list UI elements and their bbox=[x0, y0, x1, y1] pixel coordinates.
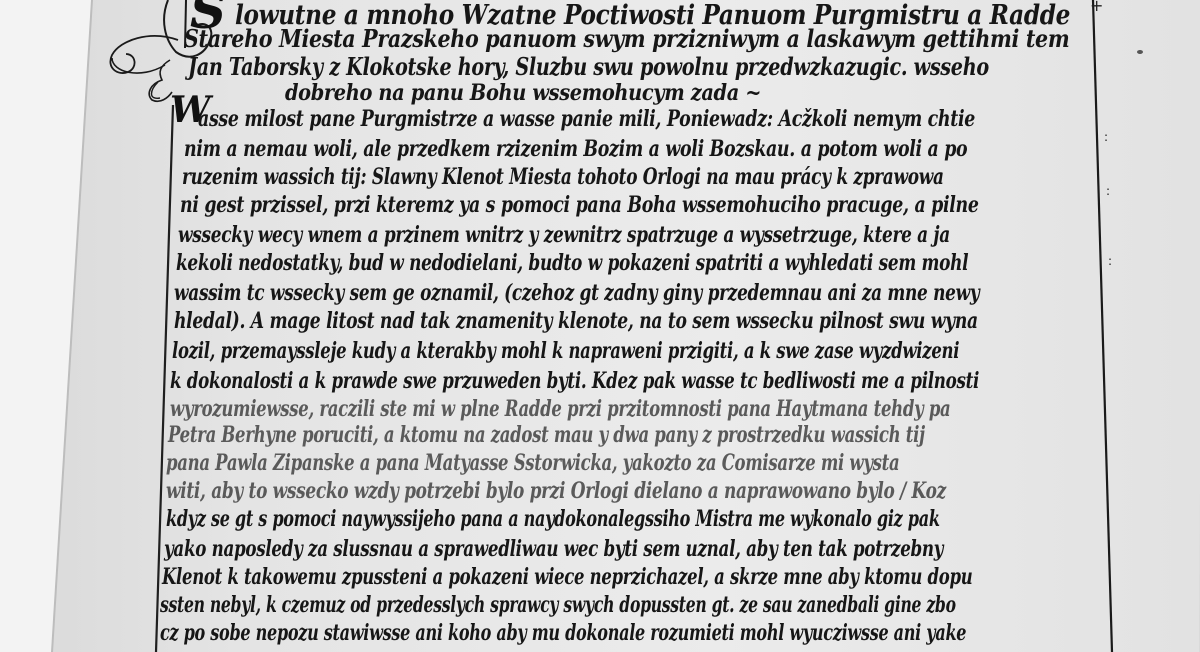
text-line-7: ruzenim wassich tij: Slawny Klenot Miest… bbox=[182, 164, 944, 190]
text-line-15: wyrozumiewsse, raczili ste mi w plne Rad… bbox=[170, 396, 950, 422]
text-line-13: lozil, przemayssleje kudy a kterakby moh… bbox=[172, 338, 959, 364]
text-line-5: asse milost pane Purgmistrze a wasse pan… bbox=[198, 106, 975, 132]
text-line-19: kdyz se gt s pomoci naywyssijeho pana a … bbox=[166, 506, 940, 532]
text-line-6: nim a nemau woli, ale przedkem rzizenim … bbox=[184, 136, 967, 162]
margin-colon-mark: : bbox=[1106, 184, 1110, 198]
margin-colon-mark: : bbox=[1104, 130, 1108, 144]
text-line-23: cz po sobe nepozu stawiwsse ani koho aby… bbox=[160, 620, 966, 646]
text-line-16: Petra Berhyne poruciti, a ktomu na zados… bbox=[168, 422, 925, 448]
text-line-2: Stareho Miesta Prazskeho panuom swym prz… bbox=[184, 24, 1069, 53]
text-line-14: k dokonalosti a k prawde swe przuweden b… bbox=[170, 368, 979, 394]
text-line-3: Jan Taborsky z Klokotske hory, Sluzbu sw… bbox=[188, 52, 989, 81]
text-line-22: ssten nebyl, k czemuz od przedesslych sp… bbox=[160, 592, 956, 618]
margin-cross-mark: + bbox=[1090, 0, 1103, 15]
text-line-10: kekoli nedostatky, bud w nedodielani, bu… bbox=[176, 250, 968, 276]
text-line-18: witi, aby to wssecko wzdy potrzebi bylo … bbox=[166, 478, 946, 504]
manuscript-photo: + S W lowutne a mnoho Wzatne Poctiwosti … bbox=[0, 0, 1200, 652]
text-line-8: ni gest przissel, przi kteremz ya s pomo… bbox=[180, 192, 979, 218]
text-line-20: yako naposledy za slussnau a sprawedliwa… bbox=[164, 536, 943, 562]
margin-colon-mark: : bbox=[1108, 254, 1112, 268]
text-line-17: pana Pawla Zipanske a pana Matyasse Ssto… bbox=[166, 450, 899, 476]
text-line-11: wassim tc wssecky sem ge oznamil, (czeho… bbox=[174, 280, 979, 306]
text-line-4: dobreho na panu Bohu wssemohucym zada ~ bbox=[285, 80, 761, 106]
text-line-21: Klenot k takowemu zpussteni a pokazeni w… bbox=[162, 564, 972, 590]
text-line-12: hledal). A mage litost nad tak znamenity… bbox=[174, 308, 978, 334]
text-line-9: wssecky wecy wnem a przinem wnitrz y zew… bbox=[178, 222, 950, 248]
